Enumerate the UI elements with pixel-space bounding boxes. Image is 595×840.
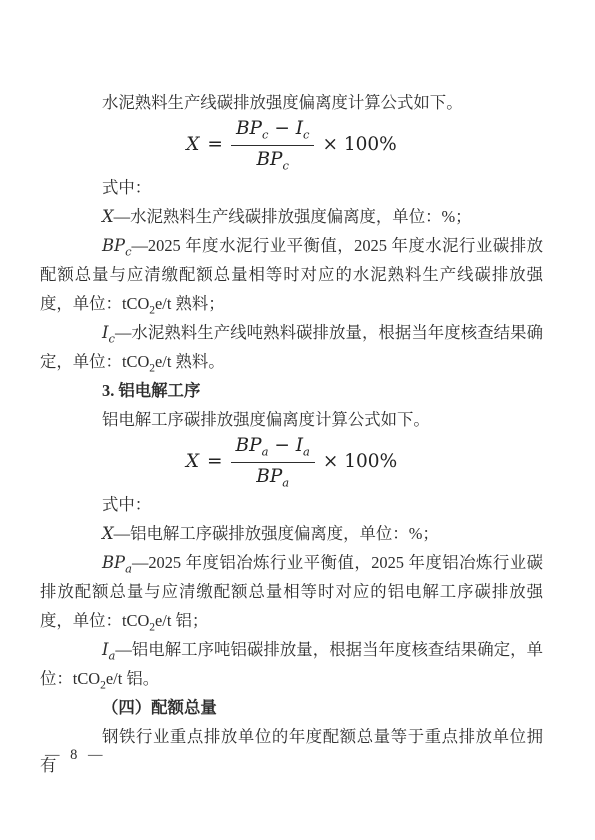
text-run: e/t 铝； [155, 611, 208, 630]
document-body: 水泥熟料生产线碳排放强度偏离度计算公式如下。X=BPc − IcBPc× 100… [40, 88, 543, 780]
math-var: X [102, 524, 114, 543]
formula: X=BPa − IaBPa× 100% [186, 435, 397, 488]
paragraph: Ia—铝电解工序吨铝碳排放量，根据当年度核查结果确定，单位：tCO2e/t 铝。 [40, 635, 543, 693]
text-run: e/t 熟料； [155, 294, 225, 313]
math-var: X [186, 134, 199, 155]
text-run: e/t 铝。 [106, 669, 159, 688]
text-run: − [268, 118, 295, 139]
math-subscript: a [303, 445, 310, 459]
text-run: —水泥熟料生产线吨熟料碳排放量，根据当年度核查结果确定，单位：tCO [40, 323, 543, 371]
formula-tail: × 100% [323, 451, 397, 472]
text-run: —水泥熟料生产线碳排放强度偏离度，单位：%； [114, 207, 472, 226]
math-var: BP [256, 149, 282, 170]
paragraph: 式中： [40, 490, 543, 519]
section-heading: （四）配额总量 [40, 693, 543, 722]
math-var: X [186, 451, 199, 472]
paragraph: BPc—2025 年度水泥行业平衡值，2025 年度水泥行业碳排放配额总量与应清… [40, 231, 543, 318]
formula-lhs: X [186, 451, 199, 472]
page-number: — 8 — [45, 747, 103, 764]
math-var: BP [102, 236, 125, 255]
paragraph: X—铝电解工序碳排放强度偏离度，单位：%； [40, 519, 543, 548]
fraction: BPc − IcBPc [231, 118, 315, 171]
fraction: BPa − IaBPa [231, 435, 315, 488]
paragraph: 铝电解工序碳排放强度偏离度计算公式如下。 [40, 405, 543, 434]
math-var: I [296, 435, 303, 456]
text-run: 钢铁行业重点排放单位的年度配额总量等于重点排放单位拥有 [40, 727, 543, 775]
denominator: BPc [231, 146, 315, 172]
paragraph: X—水泥熟料生产线碳排放强度偏离度，单位：%； [40, 202, 543, 231]
text-run: （四）配额总量 [102, 698, 217, 717]
paragraph: 钢铁行业重点排放单位的年度配额总量等于重点排放单位拥有 [40, 722, 543, 780]
formula-block: X=BPa − IaBPa× 100% [40, 434, 543, 490]
math-var: BP [236, 435, 262, 456]
formula-tail: × 100% [322, 134, 396, 155]
math-subscript: c [303, 128, 309, 142]
section-heading: 3. 铝电解工序 [40, 376, 543, 405]
formula-lhs: X [186, 134, 199, 155]
paragraph: BPa—2025 年度铝冶炼行业平衡值，2025 年度铝冶炼行业碳排放配额总量与… [40, 548, 543, 635]
text-run: 铝电解工序碳排放强度偏离度计算公式如下。 [102, 410, 430, 429]
equals-sign: = [207, 451, 223, 472]
formula: X=BPc − IcBPc× 100% [186, 118, 397, 171]
text-run: 式中： [102, 178, 151, 197]
math-var: BP [236, 118, 262, 139]
math-subscript: a [125, 561, 132, 575]
text-run: 水泥熟料生产线碳排放强度偏离度计算公式如下。 [102, 93, 463, 112]
text-run: —铝电解工序碳排放强度偏离度，单位：%； [114, 524, 439, 543]
equals-sign: = [207, 134, 223, 155]
math-var: I [296, 118, 303, 139]
math-subscript: c [283, 158, 289, 172]
denominator: BPa [231, 463, 315, 489]
math-var: BP [102, 553, 125, 572]
paragraph: 式中： [40, 173, 543, 202]
paragraph: Ic—水泥熟料生产线吨熟料碳排放量，根据当年度核查结果确定，单位：tCO2e/t… [40, 318, 543, 376]
paragraph: 水泥熟料生产线碳排放强度偏离度计算公式如下。 [40, 88, 543, 117]
text-run: 3. 铝电解工序 [102, 381, 200, 400]
formula-block: X=BPc − IcBPc× 100% [40, 117, 543, 173]
text-run: e/t 熟料。 [155, 352, 225, 371]
document-page: 水泥熟料生产线碳排放强度偏离度计算公式如下。X=BPc − IcBPc× 100… [0, 0, 595, 840]
numerator: BPc − Ic [231, 118, 315, 145]
math-subscript: a [282, 475, 289, 489]
text-run: − [268, 435, 295, 456]
numerator: BPa − Ia [231, 435, 315, 462]
math-var: BP [256, 466, 282, 487]
text-run: 式中： [102, 495, 151, 514]
math-var: X [102, 207, 114, 226]
